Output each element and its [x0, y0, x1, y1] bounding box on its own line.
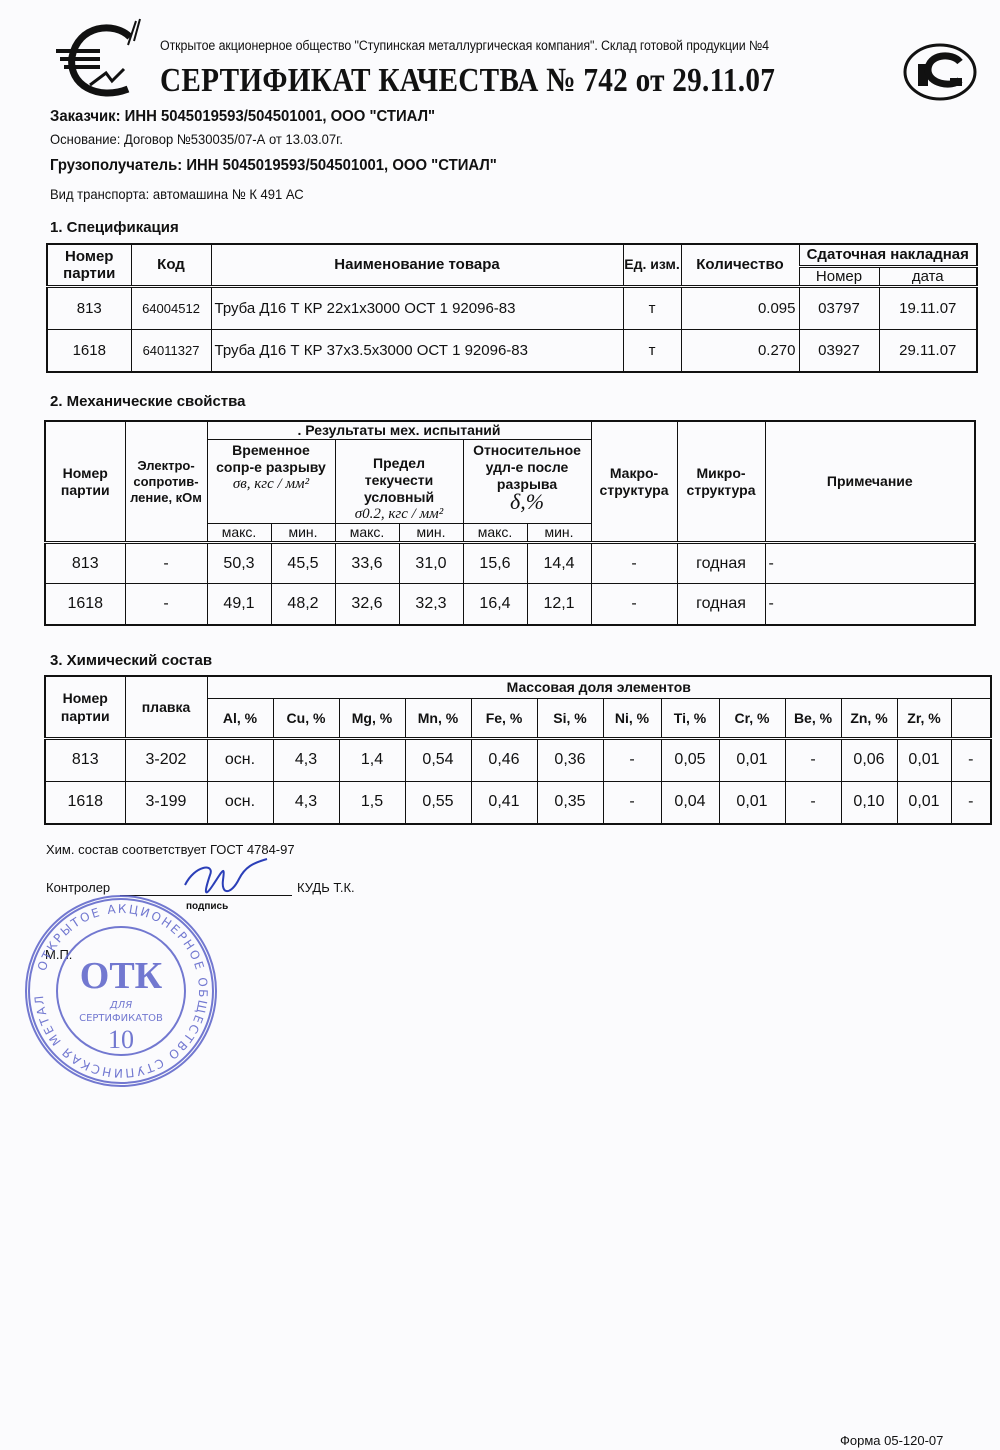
header-melt: плавка	[125, 676, 207, 738]
header-element: Cu, %	[273, 698, 339, 738]
chemical-title: 3. Химический состав	[50, 652, 212, 669]
otk-stamp-icon: ОТКРЫТОЕ АКЦИОНЕРНОЕ ОБЩЕСТВО СТУПИНСКАЯ…	[22, 892, 220, 1090]
customer-info: Заказчик: ИНН 5045019593/504501001, ООО …	[50, 108, 435, 126]
svg-text:10: 10	[108, 1025, 134, 1054]
header-element: Ni, %	[603, 698, 661, 738]
header-batch: Номер партии	[45, 676, 125, 738]
header-element: Mg, %	[339, 698, 405, 738]
table-row: 813 - 50,3 45,5 33,6 31,0 15,6 14,4 - го…	[45, 543, 975, 584]
table-row: 813 3-202 осн.4,31,40,540,460,36-0,050,0…	[45, 738, 991, 781]
header-element: Fe, %	[471, 698, 537, 738]
header-unit: Ед. изм.	[623, 244, 681, 286]
header-note: Примечание	[765, 421, 975, 543]
header-yield-strength: Предел текучести условный σ0.2, кгс / мм…	[335, 440, 463, 524]
chemical-composition-table: Номер партии плавка Массовая доля элемен…	[44, 675, 992, 825]
header-waybill: Сдаточная накладная	[799, 244, 977, 266]
svg-text:ОТК: ОТК	[80, 955, 163, 997]
header-waybill-number: Номер	[799, 266, 879, 286]
table-row: 1618 - 49,1 48,2 32,6 32,3 16,4 12,1 - г…	[45, 584, 975, 625]
company-name: Открытое акционерное общество "Ступинска…	[160, 38, 769, 53]
certification-mark-icon	[902, 42, 978, 102]
specification-table: Номер партии Код Наименование товара Ед.…	[46, 243, 978, 373]
consignee-info: Грузополучатель: ИНН 5045019593/50450100…	[50, 157, 497, 175]
header-mass-fraction: Массовая доля элементов	[207, 676, 991, 698]
contract-basis: Основание: Договор №530035/07-А от 13.03…	[50, 131, 343, 147]
table-row: 813 64004512 Труба Д16 Т КР 22x1x3000 ОС…	[47, 286, 977, 329]
header-element: Al, %	[207, 698, 273, 738]
header-elongation: Относительное удл-е после разрыва δ,%	[463, 440, 591, 524]
header-element: Zn, %	[841, 698, 897, 738]
header-tensile-strength: Временное сопр-е разрыву σв, кгс / мм²	[207, 440, 335, 524]
elongation-unit: δ,%	[464, 493, 591, 510]
header-test-results: . Результаты мех. испытаний	[207, 421, 591, 440]
header-element: Be, %	[785, 698, 841, 738]
header-product-name: Наименование товара	[211, 244, 623, 286]
controller-name: КУДЬ Т.К.	[297, 880, 355, 895]
header-waybill-date: дата	[879, 266, 977, 286]
table-row: 1618 3-199 осн.4,31,50,550,410,35-0,040,…	[45, 781, 991, 824]
header-element: Zr, %	[897, 698, 951, 738]
certificate-title: СЕРТИФИКАТ КАЧЕСТВА № 742 от 29.11.07	[160, 62, 775, 100]
mechanical-title: 2. Механические свойства	[50, 393, 246, 410]
header-macrostructure: Макро-структура	[591, 421, 677, 543]
svg-text:ДЛЯ: ДЛЯ	[109, 1000, 132, 1011]
header-batch: Номер партии	[47, 244, 131, 286]
header-element	[951, 698, 991, 738]
header-element: Cr, %	[719, 698, 785, 738]
mechanical-properties-table: Номер партии Электро-сопротив-ление, кОм…	[44, 420, 976, 626]
header-microstructure: Микро-структура	[677, 421, 765, 543]
header-code: Код	[131, 244, 211, 286]
header-element: Mn, %	[405, 698, 471, 738]
svg-text:СЕРТИФИКАТОВ: СЕРТИФИКАТОВ	[79, 1013, 163, 1024]
specification-title: 1. Спецификация	[50, 219, 179, 236]
header-element: Si, %	[537, 698, 603, 738]
transport-info: Вид транспорта: автомашина № К 491 АС	[50, 186, 304, 202]
header-element: Ti, %	[661, 698, 719, 738]
form-number: Форма 05-120-07	[840, 1433, 943, 1448]
smk-logo-icon	[50, 15, 160, 105]
tensile-unit: σв, кгс / мм²	[208, 476, 335, 493]
header-resistance: Электро-сопротив-ление, кОм	[125, 421, 207, 543]
header-batch: Номер партии	[45, 421, 125, 543]
table-row: 1618 64011327 Труба Д16 Т КР 37x3.5x3000…	[47, 329, 977, 372]
yield-unit: σ0.2, кгс / мм²	[336, 506, 463, 523]
header-quantity: Количество	[681, 244, 799, 286]
